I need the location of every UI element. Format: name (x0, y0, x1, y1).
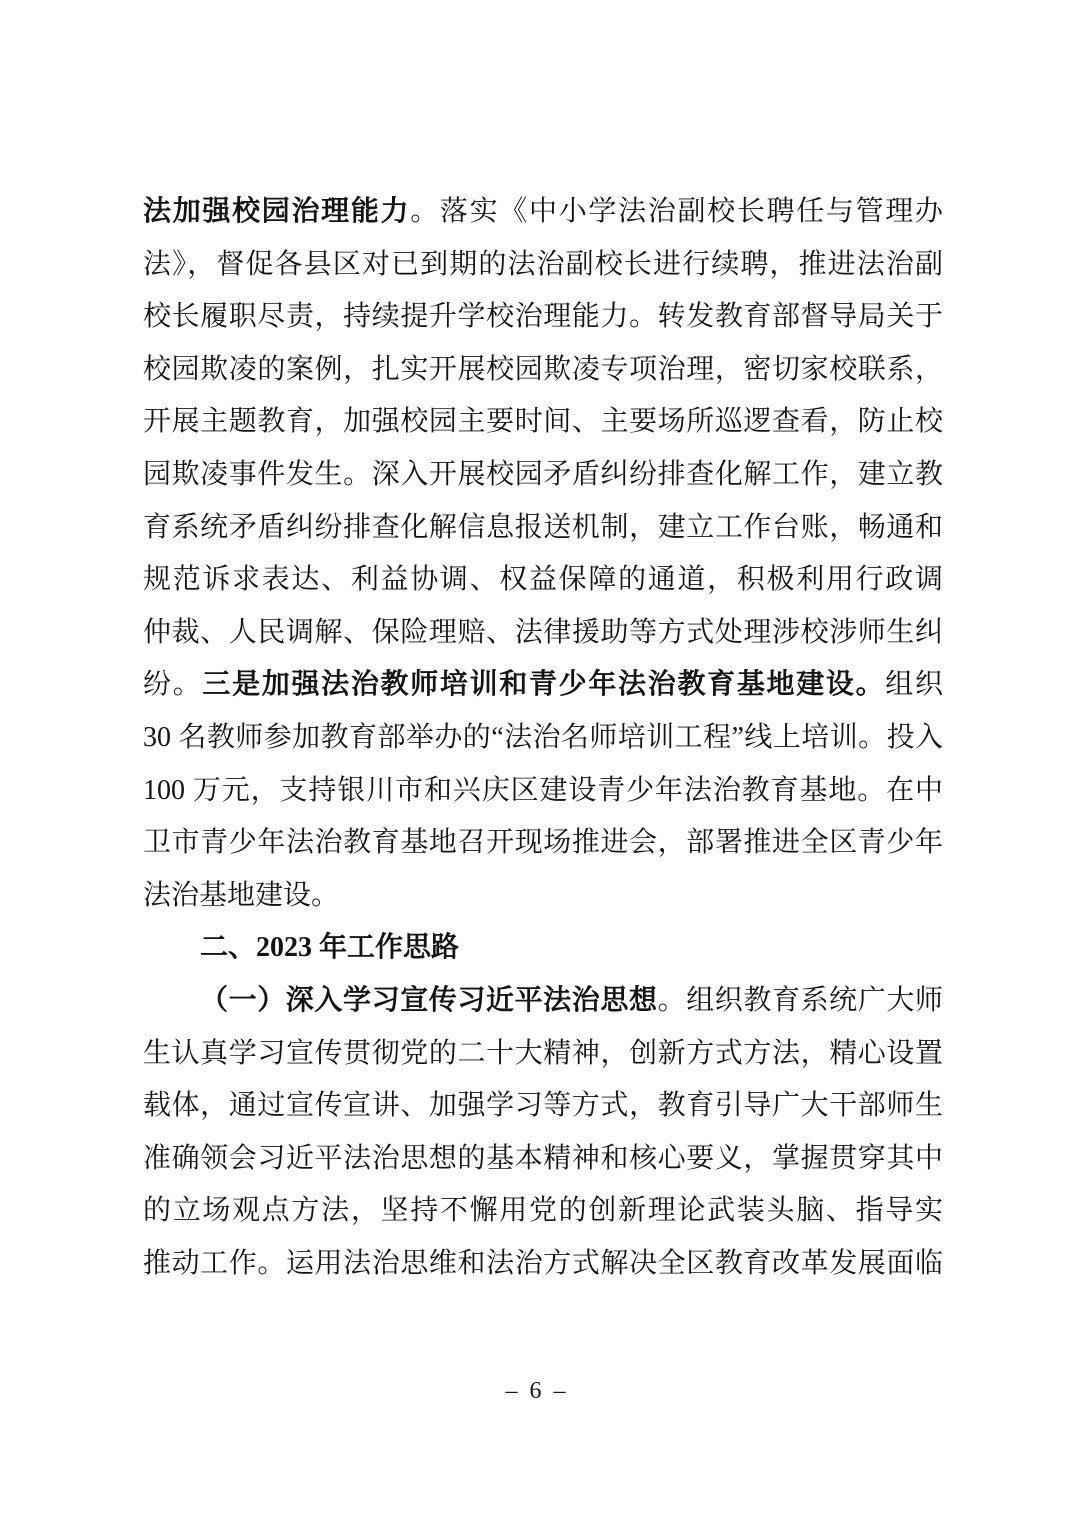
document-body: 法加强校园治理能力。落实《中小学法治副校长聘任与管理办法》，督促各县区对已到期的… (143, 186, 943, 1290)
text-segment: 育系统矛盾纠纷排查化解信息报送机制，建立工作台账，畅通和 (143, 512, 943, 543)
text-segment: 推动工作。运用法治思维和法治方式解决全区教育改革发展面临 (143, 1248, 943, 1279)
text-segment: 法治基地建设。 (143, 880, 339, 911)
document-page: 法加强校园治理能力。落实《中小学法治副校长聘任与管理办法》，督促各县区对已到期的… (0, 0, 1074, 1520)
body-line: 的立场观点方法，坚持不懈用党的创新理论武装头脑、指导实践、 (143, 1185, 943, 1238)
section-heading: 二、2023 年工作思路 (143, 922, 943, 975)
body-line: 园欺凌事件发生。深入开展校园矛盾纠纷排查化解工作，建立教 (143, 449, 943, 502)
text-segment: 法》，督促各县区对已到期的法治副校长进行续聘，推进法治副 (143, 249, 943, 280)
subsection-heading-line: （一）深入学习宣传习近平法治思想。组织教育系统广大师 (143, 975, 943, 1028)
text-segment: 生认真学习宣传贯彻党的二十大精神，创新方式方法，精心设置 (143, 1038, 943, 1069)
text-segment: 30 名教师参加教育部举办的“法治名师培训工程”线上培训。投入 (143, 722, 943, 753)
text-segment: 开展主题教育，加强校园主要时间、主要场所巡逻查看，防止校 (143, 406, 943, 437)
bold-text-segment: 法加强校园治理能力 (143, 196, 410, 227)
text-segment: 规范诉求表达、利益协调、权益保障的通道，积极利用行政调解、 (143, 564, 943, 607)
text-segment: 的立场观点方法，坚持不懈用党的创新理论武装头脑、指导实践、 (143, 1195, 943, 1238)
page-number: – 6 – (0, 1378, 1074, 1405)
body-line: 法加强校园治理能力。落实《中小学法治副校长聘任与管理办 (143, 186, 943, 239)
text-segment: 园欺凌事件发生。深入开展校园矛盾纠纷排查化解工作，建立教 (143, 459, 943, 490)
body-line: 仲裁、人民调解、保险理赔、法律援助等方式处理涉校涉师生纠 (143, 607, 943, 660)
bold-text-segment: （一）深入学习宣传习近平法治思想 (200, 985, 658, 1016)
body-line: 生认真学习宣传贯彻党的二十大精神，创新方式方法，精心设置 (143, 1028, 943, 1081)
text-segment: 卫市青少年法治教育基地召开现场推进会，部署推进全区青少年 (143, 827, 943, 858)
body-line: 法》，督促各县区对已到期的法治副校长进行续聘，推进法治副 (143, 239, 943, 292)
body-line: 卫市青少年法治教育基地召开现场推进会，部署推进全区青少年 (143, 817, 943, 870)
text-segment: 组织 (885, 669, 943, 700)
text-segment: 。组织教育系统广大师 (658, 985, 943, 1016)
body-line: 校园欺凌的案例，扎实开展校园欺凌专项治理，密切家校联系， (143, 344, 943, 397)
text-segment: 纷。 (143, 669, 202, 700)
text-segment: 载体，通过宣传宣讲、加强学习等方式，教育引导广大干部师生 (143, 1090, 943, 1121)
body-line: 规范诉求表达、利益协调、权益保障的通道，积极利用行政调解、 (143, 554, 943, 607)
text-segment: 仲裁、人民调解、保险理赔、法律援助等方式处理涉校涉师生纠 (143, 617, 943, 648)
bold-text-segment: 三是加强法治教师培训和青少年法治教育基地建设。 (202, 669, 885, 700)
body-line: 育系统矛盾纠纷排查化解信息报送机制，建立工作台账，畅通和 (143, 502, 943, 555)
body-line: 推动工作。运用法治思维和法治方式解决全区教育改革发展面临 (143, 1238, 943, 1291)
body-line: 30 名教师参加教育部举办的“法治名师培训工程”线上培训。投入 (143, 712, 943, 765)
body-line: 100 万元，支持银川市和兴庆区建设青少年法治教育基地。在中 (143, 765, 943, 818)
body-line: 法治基地建设。 (143, 870, 943, 923)
body-line: 开展主题教育，加强校园主要时间、主要场所巡逻查看，防止校 (143, 396, 943, 449)
body-line: 纷。三是加强法治教师培训和青少年法治教育基地建设。组织 (143, 659, 943, 712)
text-segment: 校长履职尽责，持续提升学校治理能力。转发教育部督导局关于 (143, 301, 943, 332)
text-segment: 100 万元，支持银川市和兴庆区建设青少年法治教育基地。在中 (143, 775, 943, 806)
bold-text-segment: 二、2023 年工作思路 (200, 932, 459, 963)
body-line: 载体，通过宣传宣讲、加强学习等方式，教育引导广大干部师生 (143, 1080, 943, 1133)
body-line: 准确领会习近平法治思想的基本精神和核心要义，掌握贯穿其中 (143, 1133, 943, 1186)
text-segment: 校园欺凌的案例，扎实开展校园欺凌专项治理，密切家校联系， (143, 354, 943, 385)
body-line: 校长履职尽责，持续提升学校治理能力。转发教育部督导局关于 (143, 291, 943, 344)
text-segment: 准确领会习近平法治思想的基本精神和核心要义，掌握贯穿其中 (143, 1143, 943, 1174)
text-segment: 。落实《中小学法治副校长聘任与管理办 (410, 196, 943, 227)
